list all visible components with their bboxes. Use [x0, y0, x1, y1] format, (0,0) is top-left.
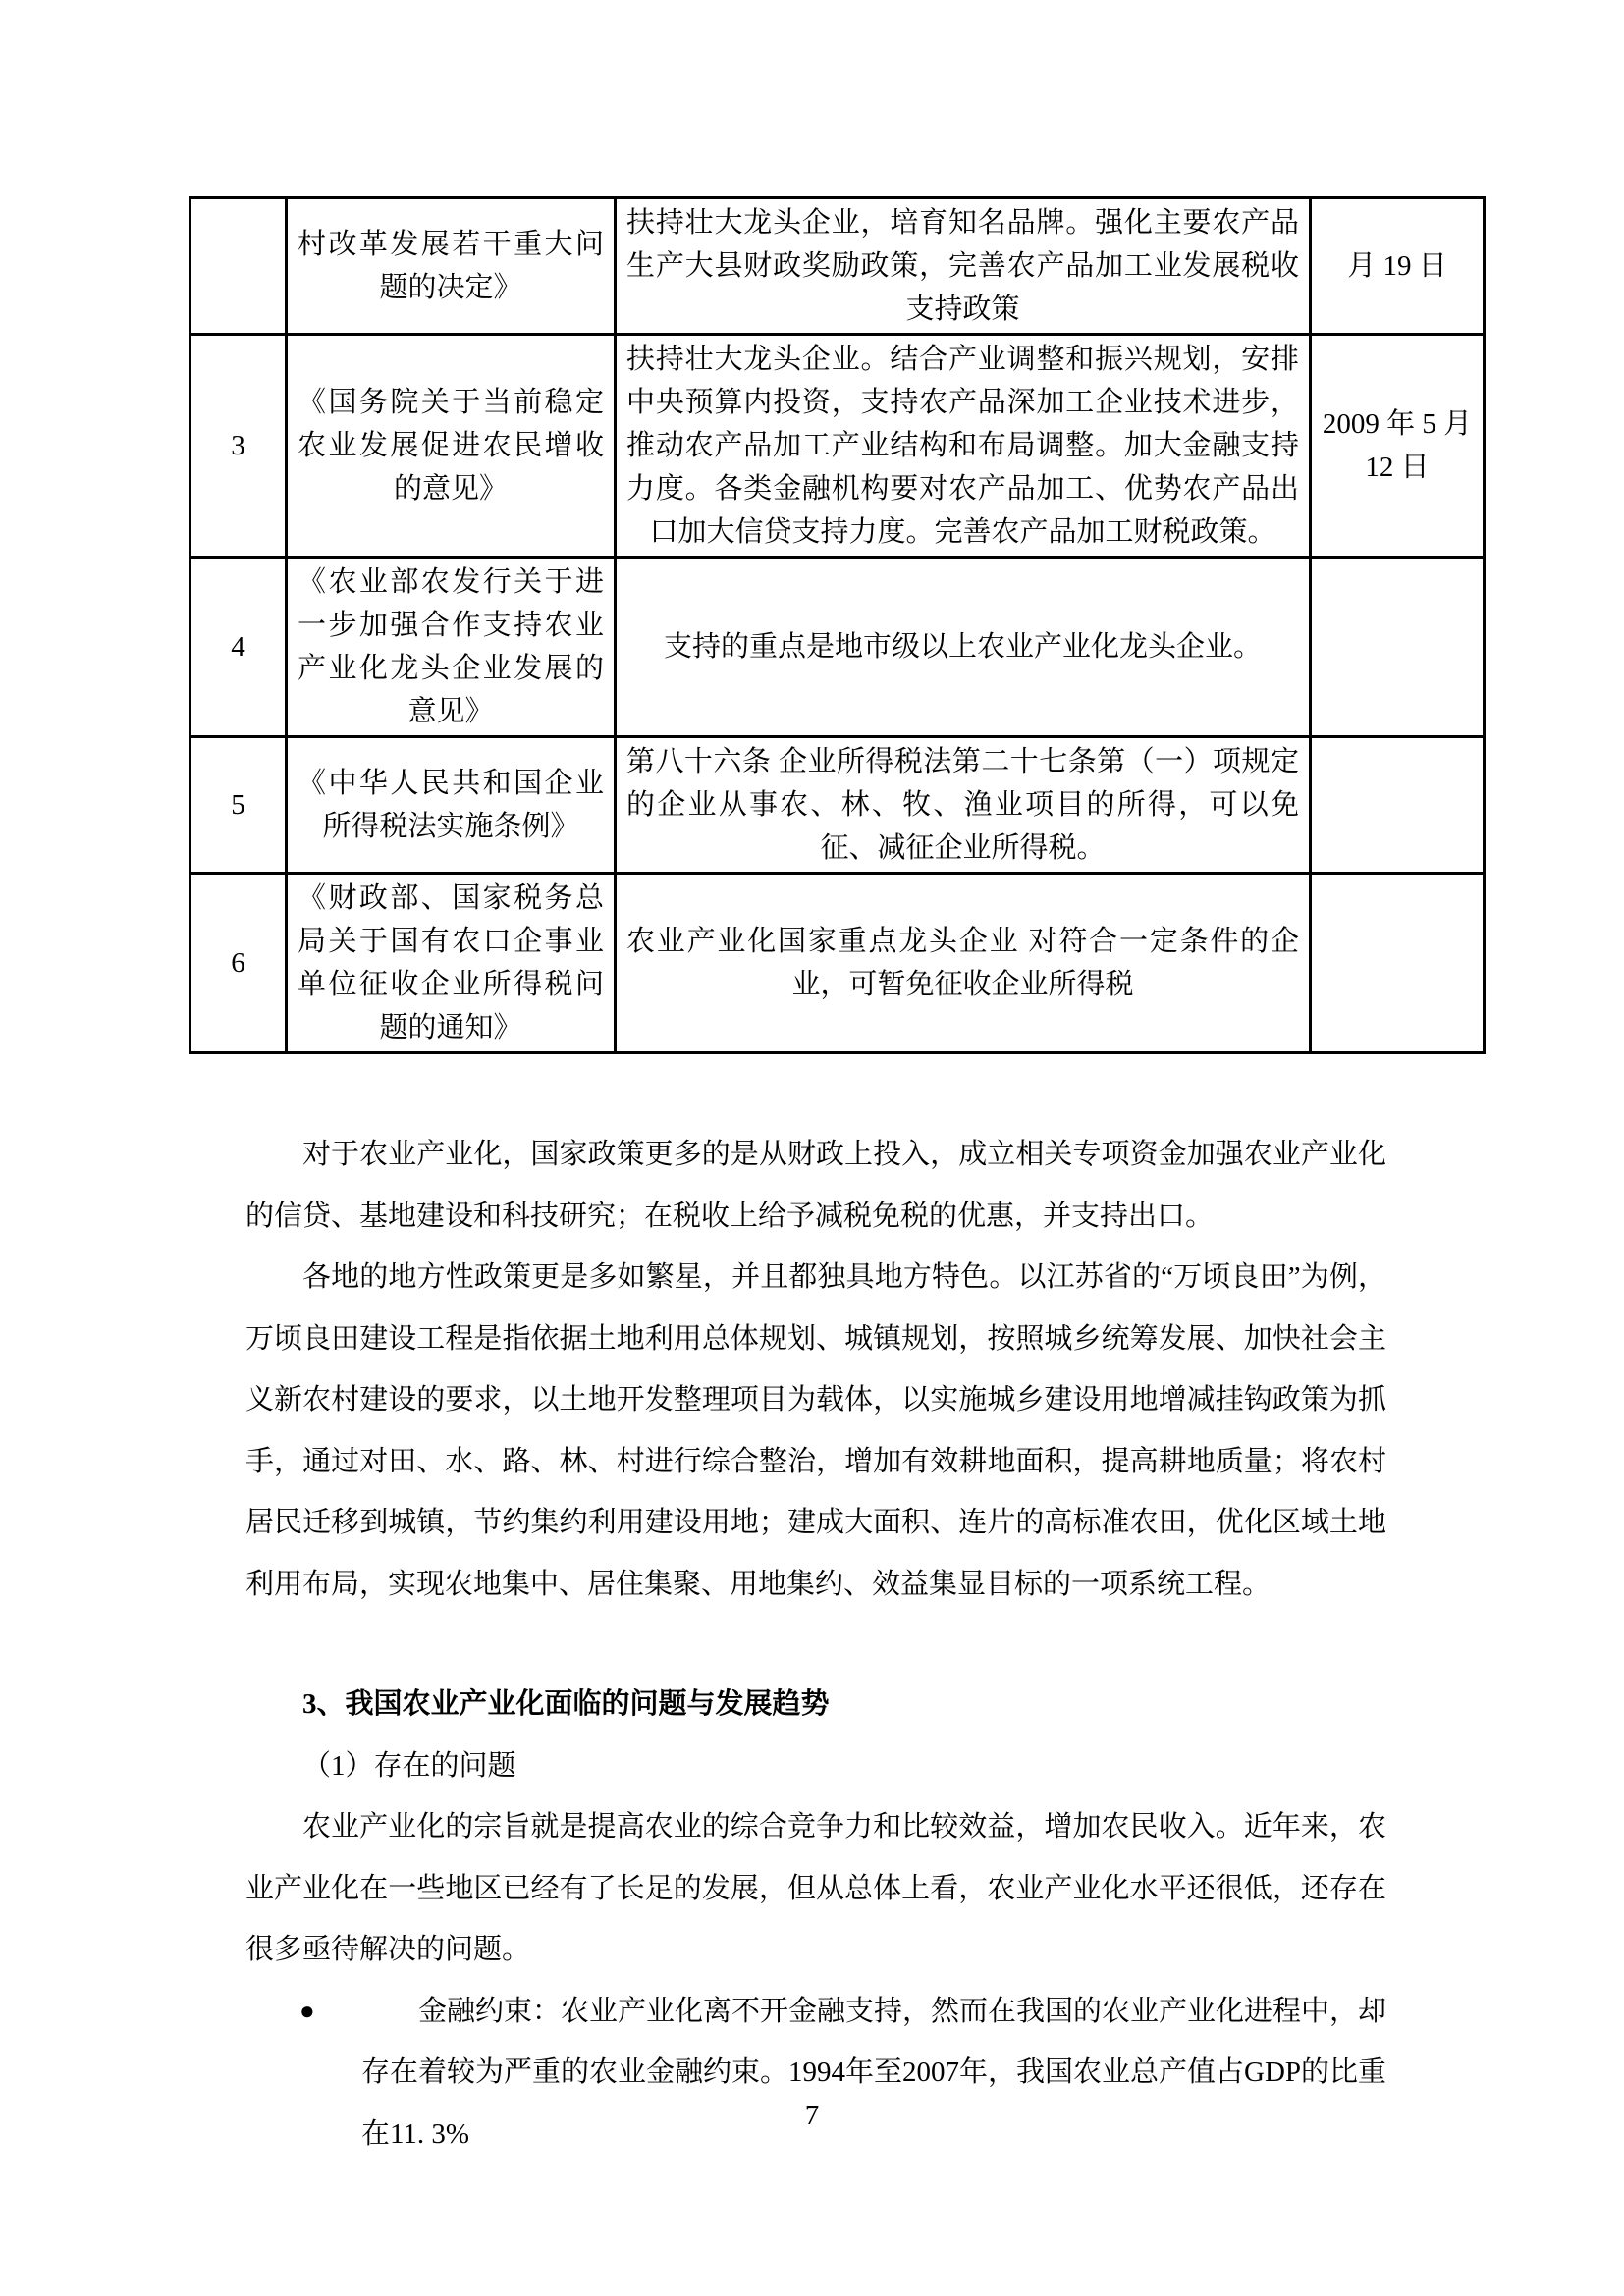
bullet-icon: ● [299, 1981, 315, 2043]
table-row: 5 《中华人民共和国企业所得税法实施条例》 第八十六条 企业所得税法第二十七条第… [190, 737, 1485, 874]
paragraph-problems-intro: 农业产业化的宗旨就是提高农业的综合竞争力和比较效益，增加农民收入。近年来，农业产… [245, 1796, 1386, 1981]
policy-desc-cell: 农业产业化国家重点龙头企业 对符合一定条件的企业，可暂免征收企业所得税 [616, 874, 1311, 1053]
sub-heading: （1）存在的问题 [245, 1735, 1386, 1797]
policy-date-cell [1311, 874, 1485, 1053]
policy-title-cell: 《中华人民共和国企业所得税法实施条例》 [287, 737, 616, 874]
paragraph-national-policy: 对于农业产业化，国家政策更多的是从财政上投入，成立相关专项资金加强农业产业化的信… [245, 1124, 1386, 1247]
policy-title-cell: 《国务院关于当前稳定农业发展促进农民增收的意见》 [287, 335, 616, 558]
row-number-cell: 6 [190, 874, 287, 1053]
page-number: 7 [0, 2094, 1624, 2137]
policy-table: 村改革发展若干重大问题的决定》 扶持壮大龙头企业，培育知名品牌。强化主要农产品生… [189, 196, 1486, 1054]
policy-title-cell: 村改革发展若干重大问题的决定》 [287, 198, 616, 335]
policy-date-cell: 月 19 日 [1311, 198, 1485, 335]
table-row: 6 《财政部、国家税务总局关于国有农口企事业单位征收企业所得税问题的通知》 农业… [190, 874, 1485, 1053]
document-page: 村改革发展若干重大问题的决定》 扶持壮大龙头企业，培育知名品牌。强化主要农产品生… [0, 0, 1624, 2296]
policy-desc-cell: 扶持壮大龙头企业。结合产业调整和振兴规划，安排中央预算内投资，支持农产品深加工企… [616, 335, 1311, 558]
row-number-cell [190, 198, 287, 335]
body-text-block: 对于农业产业化，国家政策更多的是从财政上投入，成立相关专项资金加强农业产业化的信… [245, 1124, 1386, 2164]
policy-desc-cell: 支持的重点是地市级以上农业产业化龙头企业。 [616, 558, 1311, 737]
policy-title-cell: 《农业部农发行关于进一步加强合作支持农业产业化龙头企业发展的意见》 [287, 558, 616, 737]
row-number-cell: 3 [190, 335, 287, 558]
policy-desc-cell: 第八十六条 企业所得税法第二十七条第（一）项规定的企业从事农、林、牧、渔业项目的… [616, 737, 1311, 874]
paragraph-local-policy: 各地的地方性政策更是多如繁星，并且都独具地方特色。以江苏省的“万顷良田”为例，万… [245, 1247, 1386, 1615]
policy-desc-cell: 扶持壮大龙头企业，培育知名品牌。强化主要农产品生产大县财政奖励政策，完善农产品加… [616, 198, 1311, 335]
table-row: 3 《国务院关于当前稳定农业发展促进农民增收的意见》 扶持壮大龙头企业。结合产业… [190, 335, 1485, 558]
row-number-cell: 5 [190, 737, 287, 874]
policy-date-cell: 2009 年 5 月 12 日 [1311, 335, 1485, 558]
policy-date-cell [1311, 737, 1485, 874]
row-number-cell: 4 [190, 558, 287, 737]
table-row: 村改革发展若干重大问题的决定》 扶持壮大龙头企业，培育知名品牌。强化主要农产品生… [190, 198, 1485, 335]
section-heading: 3、我国农业产业化面临的问题与发展趋势 [245, 1674, 1386, 1735]
policy-title-cell: 《财政部、国家税务总局关于国有农口企事业单位征收企业所得税问题的通知》 [287, 874, 616, 1053]
table-row: 4 《农业部农发行关于进一步加强合作支持农业产业化龙头企业发展的意见》 支持的重… [190, 558, 1485, 737]
policy-date-cell [1311, 558, 1485, 737]
